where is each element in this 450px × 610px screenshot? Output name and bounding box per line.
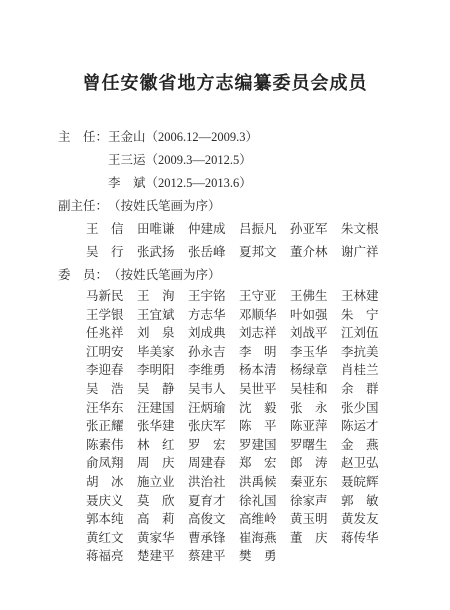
- member-name-row: 蒋福亮楚建平蔡建平樊 勇: [58, 547, 450, 566]
- person-name: 高俊文: [188, 510, 226, 529]
- deputy-sort-note: （按姓氏笔画为序）: [108, 199, 221, 213]
- person-name: 毕美家: [137, 343, 175, 362]
- person-name: 王佛生: [290, 287, 328, 306]
- person-name: 李维勇: [188, 361, 226, 380]
- director-line-3: 李 斌（2012.5—2013.6）: [58, 172, 450, 195]
- person-name: 郭 敏: [341, 492, 379, 511]
- member-name-row: 黄红文黄家华曹承锋崔海燕董 庆蒋传华: [58, 529, 450, 548]
- person-name: 吴桂和: [290, 380, 328, 399]
- director-line-1: 主 任：王金山（2006.12—2009.3）: [58, 126, 450, 149]
- person-name: 刘志祥: [239, 324, 277, 343]
- person-name: 徐家声: [290, 492, 328, 511]
- person-name: 陈运才: [341, 417, 379, 436]
- person-name: 黄红文: [86, 529, 124, 548]
- person-name: 汪华东: [86, 399, 124, 418]
- person-name: 张华建: [137, 417, 175, 436]
- person-name: 刘战平: [290, 324, 328, 343]
- member-name-row: 张正耀张华建张庆军陈 平陈亚萍陈运才: [58, 417, 450, 436]
- person-name: 秦亚东: [290, 473, 328, 492]
- person-name: 任兆祥: [86, 324, 124, 343]
- person-name: 吴韦人: [188, 380, 226, 399]
- member-name-row: 吴 浩吴 静吴韦人吴世平吴桂和余 群: [58, 380, 450, 399]
- person-name: 莫 欣: [137, 492, 175, 511]
- person-name: 蒋传华: [341, 529, 379, 548]
- person-name: 李明阳: [137, 361, 175, 380]
- person-name: 刘 泉: [137, 324, 175, 343]
- person-name: 吴世平: [239, 380, 277, 399]
- person-name: 蔡建平: [188, 547, 226, 566]
- person-name: 陈素伟: [86, 436, 124, 455]
- person-name: 陈 平: [239, 417, 277, 436]
- person-name: 施立业: [137, 473, 175, 492]
- person-name: 黄玉明: [290, 510, 328, 529]
- person-name: 郎 涛: [290, 454, 328, 473]
- person-name: 朱文根: [341, 218, 379, 241]
- person-name: 江明安: [86, 343, 124, 362]
- deputy-name-row: 吴 行张武扬张岳峰夏邦文董介林谢广祥: [58, 241, 450, 264]
- members-label: 委 员：: [58, 264, 108, 287]
- person-name: 张庆军: [188, 417, 226, 436]
- person-name: 聂庆义: [86, 492, 124, 511]
- person-name: 李玉华: [290, 343, 328, 362]
- page-title: 曾任安徽省地方志编纂委员会成员: [0, 0, 450, 96]
- person-name: 汪炳瑜: [188, 399, 226, 418]
- director-name: 李 斌: [108, 176, 146, 190]
- person-name: 王 信: [86, 218, 124, 241]
- person-name: 朱 宁: [341, 306, 379, 325]
- deputy-name-rows: 王 信田唯谦仲建成吕振凡孙亚军朱文根吴 行张武扬张岳峰夏邦文董介林谢广祥: [58, 218, 450, 264]
- members-header-line: 委 员：（按姓氏笔画为序）: [58, 264, 450, 287]
- person-name: 王宜斌: [137, 306, 175, 325]
- person-name: 江刘伍: [341, 324, 379, 343]
- person-name: 李 明: [239, 343, 277, 362]
- person-name: 楚建平: [137, 547, 175, 566]
- person-name: 林 红: [137, 436, 175, 455]
- person-name: 孙永吉: [188, 343, 226, 362]
- member-name-row: 郭本纯高 莉高俊文高维岭黄玉明黄发友: [58, 510, 450, 529]
- member-name-row: 聂庆义莫 欣夏育才徐礼国徐家声郭 敏: [58, 492, 450, 511]
- member-name-row: 王学银王宜斌方志华邓顺华叶如强朱 宁: [58, 306, 450, 325]
- person-name: 俞凤翔: [86, 454, 124, 473]
- deputy-name-row: 王 信田唯谦仲建成吕振凡孙亚军朱文根: [58, 218, 450, 241]
- person-name: 张 永: [290, 399, 328, 418]
- director-label: 主 任：: [58, 126, 108, 149]
- person-name: 陈亚萍: [290, 417, 328, 436]
- member-name-row: 马新民王 洵王宇铭王守亚王佛生王林建: [58, 287, 450, 306]
- person-name: 余 群: [341, 380, 379, 399]
- person-name: 王林建: [341, 287, 379, 306]
- person-name: 聂皖辉: [341, 473, 379, 492]
- person-name: 高 莉: [137, 510, 175, 529]
- person-name: 方志华: [188, 306, 226, 325]
- director-name: 王金山: [108, 130, 146, 144]
- person-name: 沈 毅: [239, 399, 277, 418]
- member-name-row: 江明安毕美家孙永吉李 明李玉华李抗美: [58, 343, 450, 362]
- person-name: 郭本纯: [86, 510, 124, 529]
- person-name: 吴 静: [137, 380, 175, 399]
- person-name: 田唯谦: [137, 218, 175, 241]
- member-name-rows: 马新民王 洵王宇铭王守亚王佛生王林建王学银王宜斌方志华邓顺华叶如强朱 宁任兆祥刘…: [58, 287, 450, 566]
- person-name: 张武扬: [137, 241, 175, 264]
- person-name: 吴 浩: [86, 380, 124, 399]
- person-name: 黄家华: [137, 529, 175, 548]
- person-name: 谢广祥: [341, 241, 379, 264]
- person-name: 樊 勇: [239, 547, 277, 566]
- person-name: 曹承锋: [188, 529, 226, 548]
- person-name: 吴 行: [86, 241, 124, 264]
- person-name: 王 洵: [137, 287, 175, 306]
- person-name: 崔海燕: [239, 529, 277, 548]
- person-name: 叶如强: [290, 306, 328, 325]
- person-name: 李迎春: [86, 361, 124, 380]
- person-name: 洪治社: [188, 473, 226, 492]
- person-name: 张正耀: [86, 417, 124, 436]
- person-name: 郑 宏: [239, 454, 277, 473]
- person-name: 蒋福亮: [86, 547, 124, 566]
- director-line-2: 王三运（2009.3—2012.5）: [58, 149, 450, 172]
- person-name: 罗建国: [239, 436, 277, 455]
- person-name: 徐礼国: [239, 492, 277, 511]
- director-term: （2006.12—2009.3）: [146, 130, 259, 144]
- director-name: 王三运: [108, 153, 146, 167]
- member-name-row: 陈素伟林 红罗 宏罗建国罗曙生金 燕: [58, 436, 450, 455]
- person-name: 周建春: [188, 454, 226, 473]
- person-name: 张少国: [341, 399, 379, 418]
- person-name: 汪建国: [137, 399, 175, 418]
- person-name: 肖桂兰: [341, 361, 379, 380]
- deputy-header-line: 副主任：（按姓氏笔画为序）: [58, 195, 450, 218]
- person-name: 刘成典: [188, 324, 226, 343]
- person-name: 仲建成: [188, 218, 226, 241]
- person-name: 周 庆: [137, 454, 175, 473]
- person-name: 孙亚军: [290, 218, 328, 241]
- person-name: 金 燕: [341, 436, 379, 455]
- person-name: 夏邦文: [239, 241, 277, 264]
- person-name: 王守亚: [239, 287, 277, 306]
- person-name: 董 庆: [290, 529, 328, 548]
- person-name: 罗 宏: [188, 436, 226, 455]
- person-name: 黄发友: [341, 510, 379, 529]
- person-name: 夏育才: [188, 492, 226, 511]
- person-name: 赵卫弘: [341, 454, 379, 473]
- member-name-row: 汪华东汪建国汪炳瑜沈 毅张 永张少国: [58, 399, 450, 418]
- person-name: 杨本清: [239, 361, 277, 380]
- person-name: 王宇铭: [188, 287, 226, 306]
- person-name: 罗曙生: [290, 436, 328, 455]
- director-term: （2009.3—2012.5）: [146, 153, 252, 167]
- director-term: （2012.5—2013.6）: [146, 176, 252, 190]
- members-sort-note: （按姓氏笔画为序）: [108, 268, 221, 282]
- person-name: 王学银: [86, 306, 124, 325]
- person-name: 吕振凡: [239, 218, 277, 241]
- document-body: 主 任：王金山（2006.12—2009.3） 王三运（2009.3—2012.…: [58, 126, 450, 566]
- member-name-row: 胡 冰施立业洪治社洪禹候秦亚东聂皖辉: [58, 473, 450, 492]
- person-name: 马新民: [86, 287, 124, 306]
- person-name: 高维岭: [239, 510, 277, 529]
- person-name: 杨绿章: [290, 361, 328, 380]
- deputy-label: 副主任：: [58, 195, 108, 218]
- document-page: 曾任安徽省地方志编纂委员会成员 主 任：王金山（2006.12—2009.3） …: [0, 0, 450, 610]
- person-name: 洪禹候: [239, 473, 277, 492]
- person-name: 张岳峰: [188, 241, 226, 264]
- person-name: 邓顺华: [239, 306, 277, 325]
- person-name: 李抗美: [341, 343, 379, 362]
- member-name-row: 任兆祥刘 泉刘成典刘志祥刘战平江刘伍: [58, 324, 450, 343]
- member-name-row: 李迎春李明阳李维勇杨本清杨绿章肖桂兰: [58, 361, 450, 380]
- person-name: 胡 冰: [86, 473, 124, 492]
- member-name-row: 俞凤翔周 庆周建春郑 宏郎 涛赵卫弘: [58, 454, 450, 473]
- person-name: 董介林: [290, 241, 328, 264]
